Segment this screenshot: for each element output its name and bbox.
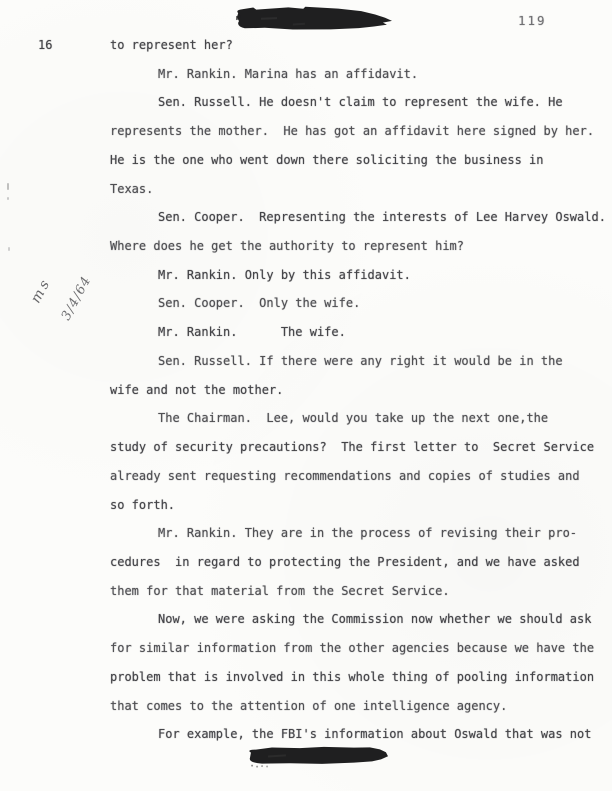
transcript-line: already sent requesting recommendations … — [110, 462, 610, 491]
transcript-line: Now, we were asking the Commission now w… — [110, 605, 610, 634]
transcript-line: Where does he get the authority to repre… — [110, 232, 610, 261]
scan-speck — [8, 247, 10, 251]
transcript-line: for similar information from the other a… — [110, 634, 610, 663]
transcript-line: Sen. Russell. He doesn't claim to repres… — [110, 88, 610, 117]
transcript-line: The Chairman. Lee, would you take up the… — [110, 404, 610, 433]
transcript-line: Mr. Rankin. Marina has an affidavit. — [110, 60, 610, 89]
transcript-line: represents the mother. He has got an aff… — [110, 117, 610, 146]
transcript-line: so forth. — [110, 491, 610, 520]
transcript: to represent her?Mr. Rankin. Marina has … — [110, 31, 610, 749]
handwritten-note-line1: ms — [28, 275, 55, 306]
transcript-line: Texas. — [110, 175, 610, 204]
scan-speck — [7, 197, 9, 200]
transcript-line: wife and not the mother. — [110, 376, 610, 405]
margin-line-number: 16 — [38, 38, 52, 52]
page-number: 119 — [518, 13, 547, 28]
redaction-bar-bottom — [242, 744, 390, 772]
transcript-line: that comes to the attention of one intel… — [110, 692, 610, 721]
handwritten-note-line2: 3/4/64 — [59, 274, 95, 323]
transcript-line: Sen. Russell. If there were any right it… — [110, 347, 610, 376]
transcript-line: study of security precautions? The first… — [110, 433, 610, 462]
transcript-line: them for that material from the Secret S… — [110, 577, 610, 606]
transcript-line: to represent her? — [110, 31, 610, 60]
transcript-line: cedures in regard to protecting the Pres… — [110, 548, 610, 577]
scanned-document-page: 119 16 ms 3/4/64 to represent her?Mr. Ra… — [0, 0, 612, 791]
handwritten-margin-note: ms 3/4/64 — [38, 244, 118, 344]
transcript-line: problem that is involved in this whole t… — [110, 663, 610, 692]
transcript-line: Mr. Rankin. Only by this affidavit. — [110, 261, 610, 290]
scan-speck — [7, 183, 9, 190]
transcript-line: He is the one who went down there solici… — [110, 146, 610, 175]
transcript-line: Mr. Rankin. The wife. — [110, 318, 610, 347]
transcript-line: Mr. Rankin. They are in the process of r… — [110, 519, 610, 548]
transcript-line: Sen. Cooper. Representing the interests … — [110, 203, 610, 232]
transcript-line: Sen. Cooper. Only the wife. — [110, 289, 610, 318]
